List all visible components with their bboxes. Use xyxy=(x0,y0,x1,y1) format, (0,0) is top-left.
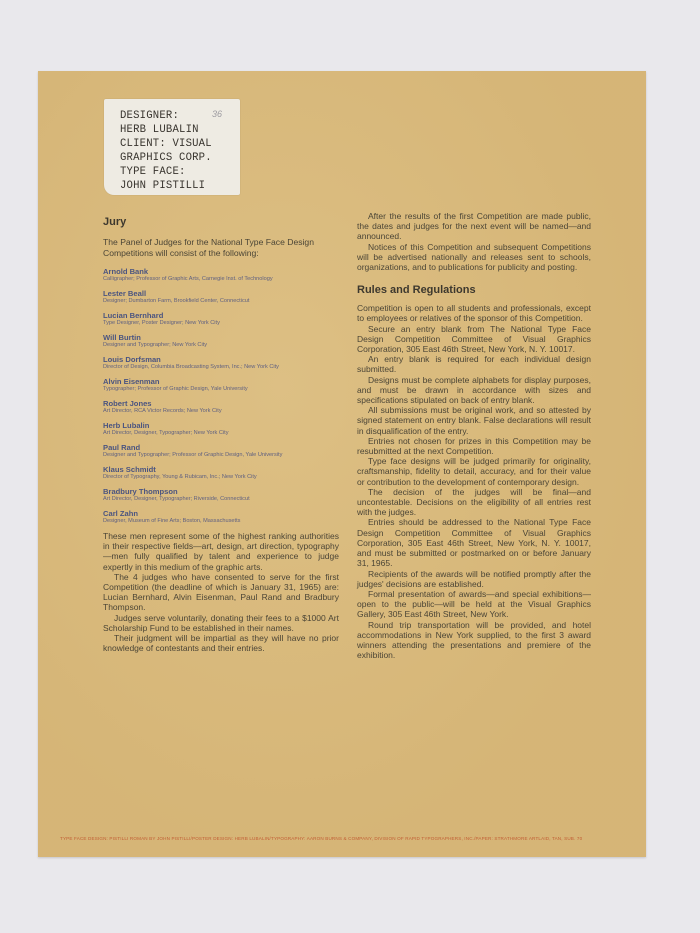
paragraph: Their judgment will be impartial as they… xyxy=(103,633,339,653)
sticker-label-text: DESIGNER: HERB LUBALIN CLIENT: VISUAL GR… xyxy=(120,109,212,193)
sticker-label: DESIGNER: HERB LUBALIN CLIENT: VISUAL GR… xyxy=(104,99,240,195)
judge-role: Art Director, Designer, Typographer; Riv… xyxy=(103,496,339,503)
judge-list: Arnold BankCalligrapher; Professor of Gr… xyxy=(103,267,339,525)
judge-name: Alvin Eisenman xyxy=(103,377,339,386)
judge-name: Klaus Schmidt xyxy=(103,465,339,474)
judge-entry: Alvin EisenmanTypographer; Professor of … xyxy=(103,377,339,393)
judge-name: Arnold Bank xyxy=(103,267,339,276)
judge-role: Director of Typography, Young & Rubicam,… xyxy=(103,474,339,481)
judge-entry: Louis DorfsmanDirector of Design, Columb… xyxy=(103,355,339,371)
label-line: TYPE FACE: xyxy=(120,165,212,179)
paragraph: An entry blank is required for each indi… xyxy=(357,354,591,374)
judge-entry: Klaus SchmidtDirector of Typography, You… xyxy=(103,465,339,481)
judge-name: Herb Lubalin xyxy=(103,421,339,430)
paragraph: These men represent some of the highest … xyxy=(103,531,339,572)
label-line: JOHN PISTILLI xyxy=(120,179,212,193)
judge-name: Lester Beall xyxy=(103,289,339,298)
paragraph: Entries not chosen for prizes in this Co… xyxy=(357,436,591,456)
paragraph: The 4 judges who have consented to serve… xyxy=(103,572,339,613)
judge-name: Lucian Bernhard xyxy=(103,311,339,320)
paragraph: Formal presentation of awards—and specia… xyxy=(357,589,591,620)
judge-role: Art Director, Designer, Typographer; New… xyxy=(103,430,339,437)
paragraph: Judges serve voluntarily, donating their… xyxy=(103,613,339,633)
footer-credits: TYPE FACE DESIGN: PISTILLI ROMAN BY JOHN… xyxy=(60,836,630,841)
announcements-body: After the results of the first Competiti… xyxy=(357,211,591,272)
judge-role: Calligrapher; Professor of Graphic Arts,… xyxy=(103,276,339,283)
paragraph: Entries should be addressed to the Natio… xyxy=(357,517,591,568)
paragraph: Designs must be complete alphabets for d… xyxy=(357,375,591,406)
judge-name: Will Burtin xyxy=(103,333,339,342)
paragraph: After the results of the first Competiti… xyxy=(357,211,591,242)
judge-entry: Carl ZahnDesigner, Museum of Fine Arts; … xyxy=(103,509,339,525)
rules-body: Competition is open to all students and … xyxy=(357,303,591,660)
paragraph: Recipients of the awards will be notifie… xyxy=(357,569,591,589)
judge-entry: Will BurtinDesigner and Typographer; New… xyxy=(103,333,339,349)
judge-role: Designer, Museum of Fine Arts; Boston, M… xyxy=(103,518,339,525)
paragraph: The decision of the judges will be final… xyxy=(357,487,591,518)
judge-role: Type Designer, Poster Designer; New York… xyxy=(103,320,339,327)
paragraph: Notices of this Competition and subseque… xyxy=(357,242,591,273)
judge-role: Designer; Dumbarton Farm, Brookfield Cen… xyxy=(103,298,339,305)
judge-role: Typographer; Professor of Graphic Design… xyxy=(103,386,339,393)
label-line: HERB LUBALIN xyxy=(120,123,212,137)
paragraph: Secure an entry blank from The National … xyxy=(357,324,591,355)
rules-column: After the results of the first Competiti… xyxy=(357,211,591,660)
judge-entry: Lester BeallDesigner; Dumbarton Farm, Br… xyxy=(103,289,339,305)
jury-body: These men represent some of the highest … xyxy=(103,531,339,653)
judge-entry: Bradbury ThompsonArt Director, Designer,… xyxy=(103,487,339,503)
paragraph: Competition is open to all students and … xyxy=(357,303,591,323)
judge-entry: Robert JonesArt Director, RCA Victor Rec… xyxy=(103,399,339,415)
jury-intro: The Panel of Judges for the National Typ… xyxy=(103,237,339,259)
paragraph: Type face designs will be judged primari… xyxy=(357,456,591,487)
label-line: GRAPHICS CORP. xyxy=(120,151,212,165)
judge-entry: Lucian BernhardType Designer, Poster Des… xyxy=(103,311,339,327)
judge-name: Paul Rand xyxy=(103,443,339,452)
judge-role: Designer and Typographer; New York City xyxy=(103,342,339,349)
judge-role: Director of Design, Columbia Broadcastin… xyxy=(103,364,339,371)
handwritten-number: 36 xyxy=(212,109,222,119)
rules-heading: Rules and Regulations xyxy=(357,284,591,296)
label-line: CLIENT: VISUAL xyxy=(120,137,212,151)
judge-name: Robert Jones xyxy=(103,399,339,408)
judge-name: Carl Zahn xyxy=(103,509,339,518)
label-line: DESIGNER: xyxy=(120,109,212,123)
judge-entry: Arnold BankCalligrapher; Professor of Gr… xyxy=(103,267,339,283)
judge-name: Louis Dorfsman xyxy=(103,355,339,364)
paragraph: All submissions must be original work, a… xyxy=(357,405,591,436)
judge-role: Art Director, RCA Victor Records; New Yo… xyxy=(103,408,339,415)
jury-heading: Jury xyxy=(103,216,339,228)
judge-name: Bradbury Thompson xyxy=(103,487,339,496)
jury-column: Jury The Panel of Judges for the Nationa… xyxy=(103,216,339,653)
judge-entry: Herb LubalinArt Director, Designer, Typo… xyxy=(103,421,339,437)
judge-entry: Paul RandDesigner and Typographer; Profe… xyxy=(103,443,339,459)
paragraph: Round trip transportation will be provid… xyxy=(357,620,591,661)
judge-role: Designer and Typographer; Professor of G… xyxy=(103,452,339,459)
